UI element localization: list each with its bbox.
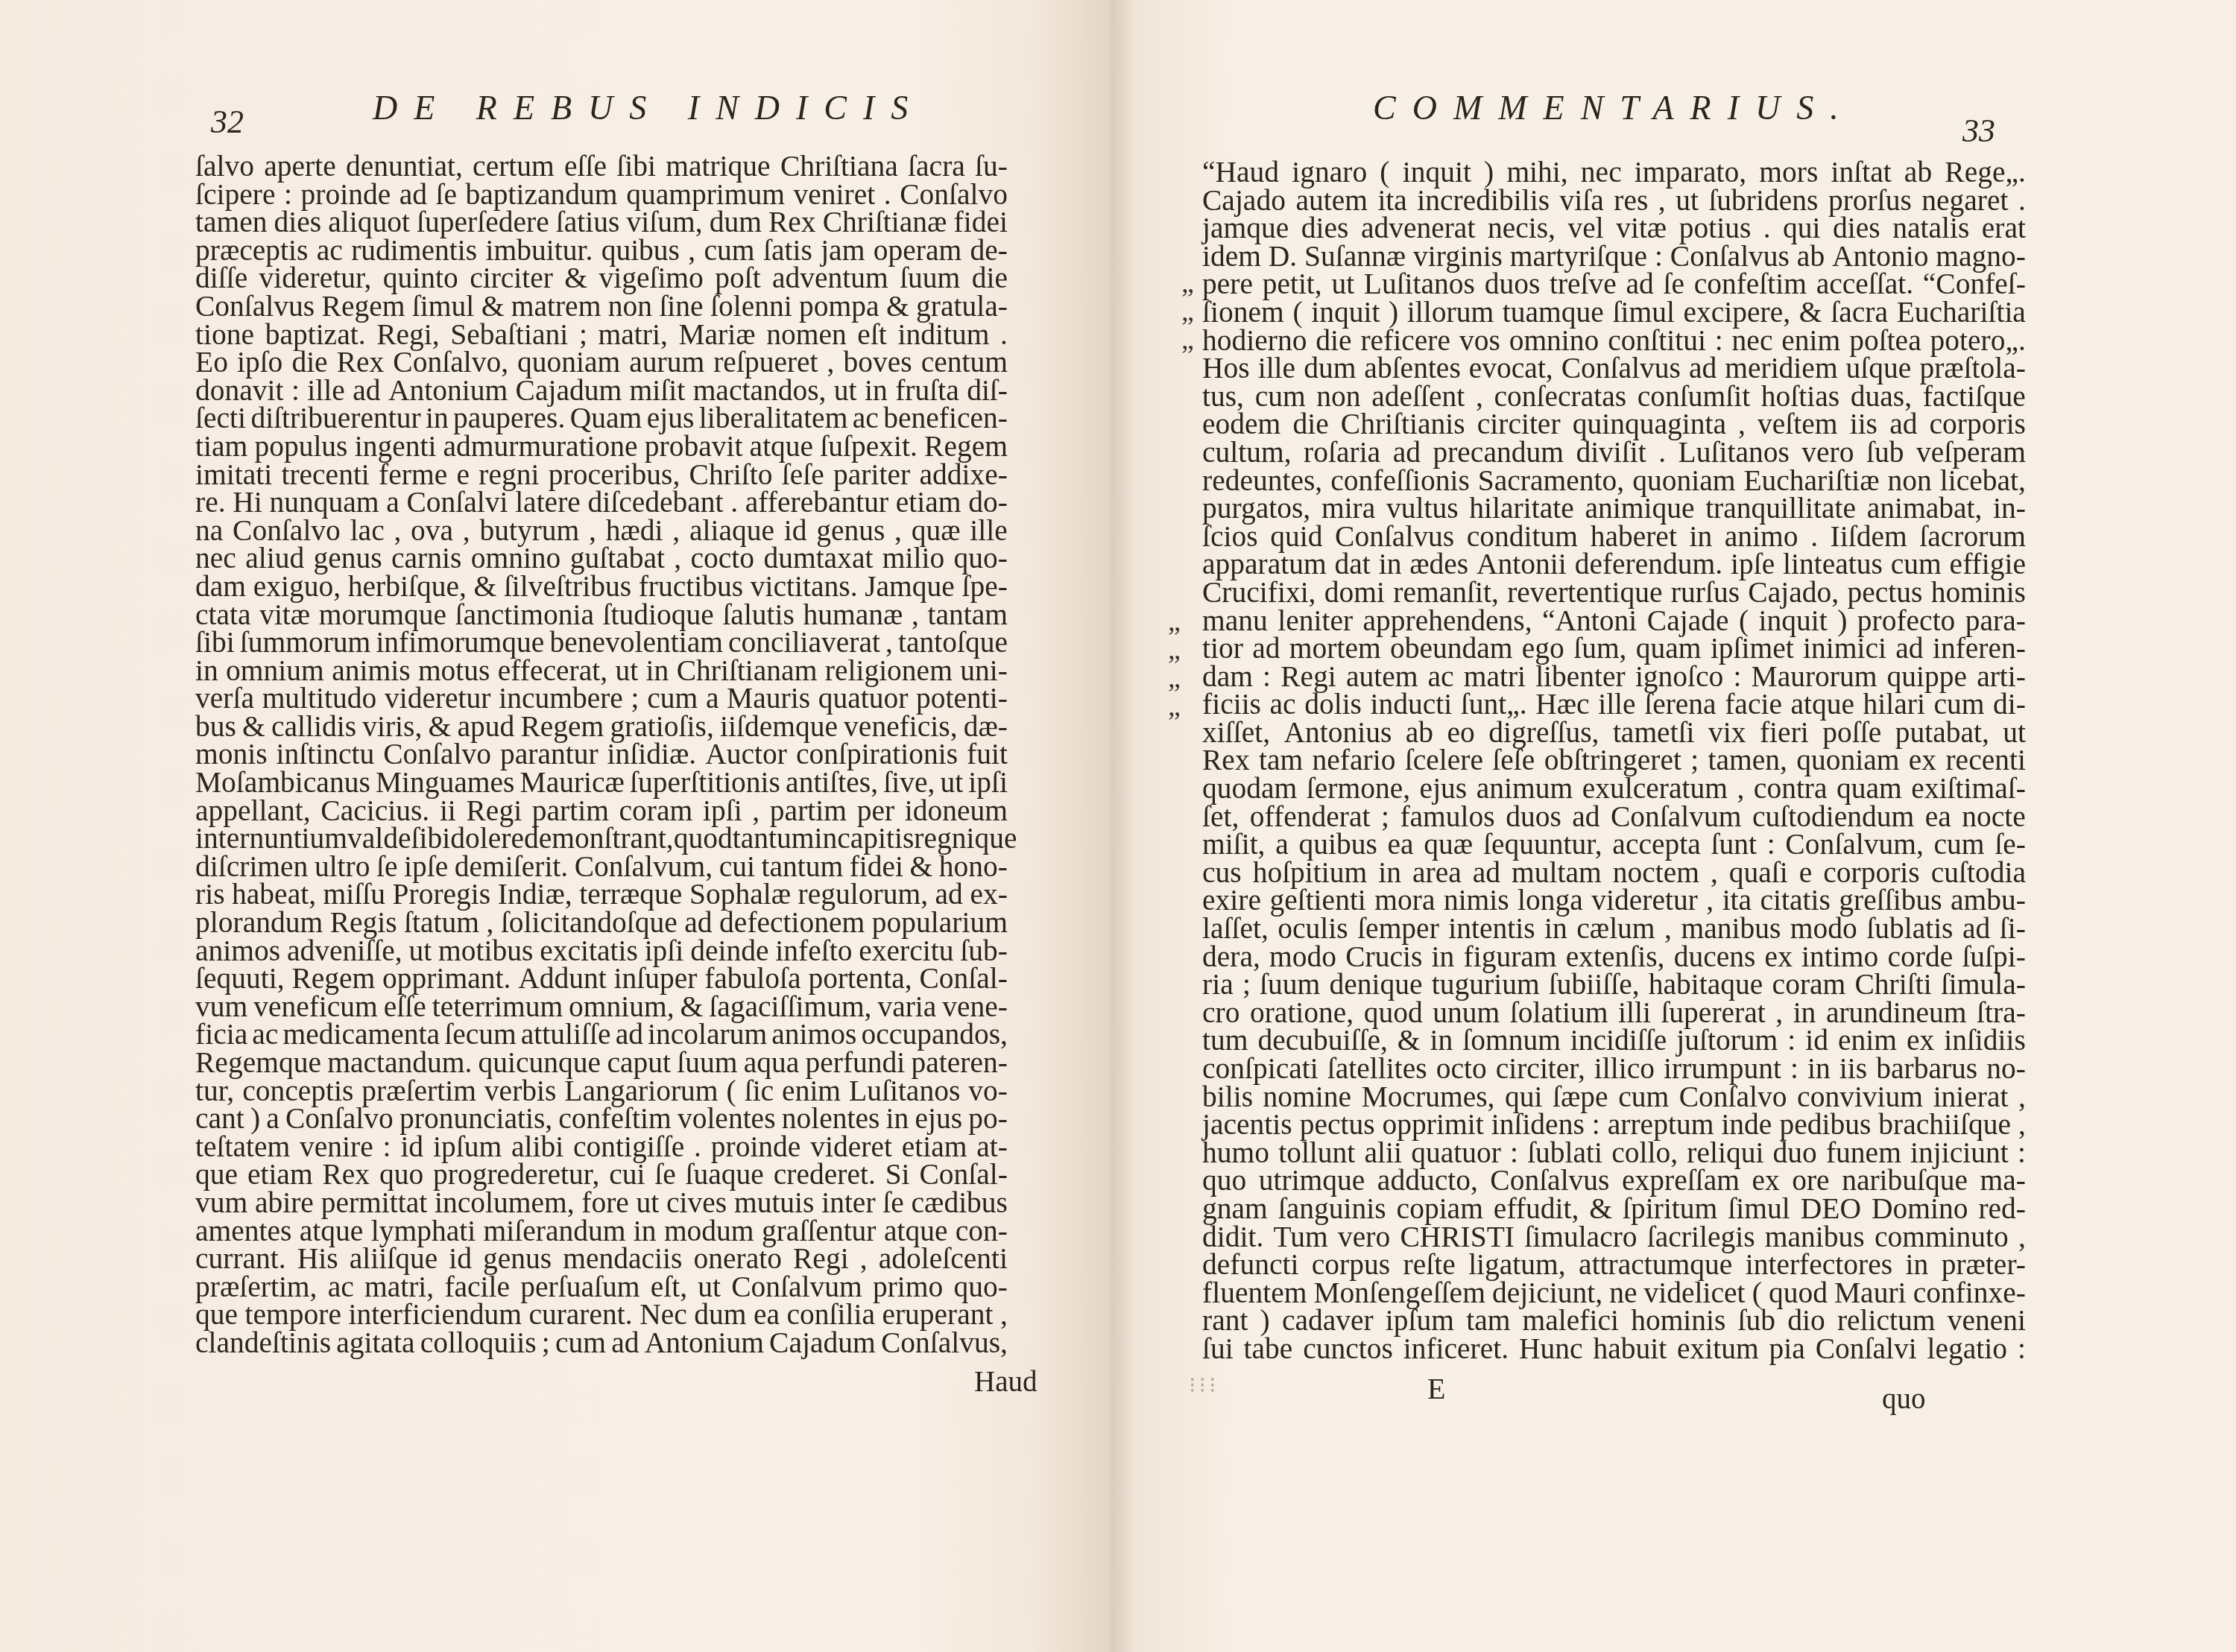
- text-line: ſibiſummoruminfimorumquebenevolentiamcon…: [195, 629, 1008, 657]
- text-line: ſciosquidConſalvusconditumhaberetinanimo…: [1202, 523, 2026, 551]
- text-line: rishabeat,miſſuProregisIndiæ,terræqueSop…: [195, 881, 1008, 909]
- text-line: miſit,aquibuseaquæſequuntur,acceptaſunt:…: [1202, 831, 2026, 859]
- text-line: cant)aConſalvopronunciatis,confeſtimvole…: [195, 1105, 1008, 1133]
- text-line: MoſambicanusMinguamesMauricæſuperſtition…: [195, 769, 1008, 797]
- text-line: didit.TumveroCHRISTIſimulacroſacrilegism…: [1202, 1224, 2026, 1252]
- text-line: amentesatquelymphatimiſeranduminmodumgra…: [195, 1218, 1008, 1246]
- text-line: necaliudgenuscarnisomninoguſtabat,coctod…: [195, 545, 1008, 573]
- text-line: apparatumdatinædesAntoniideferendum.ipſe…: [1202, 551, 2026, 579]
- text-line: internuntiumvaldeſibidoleredemonſtrant,q…: [195, 825, 1008, 853]
- text-line: quetemporeinterficiendumcurarent.Necdume…: [195, 1301, 1008, 1329]
- text-line: ſuitabecunctosinficeret.Hunchabuitexitum…: [1202, 1335, 2026, 1364]
- right-page-body-text: “Haudignaro(inquit)mihi,necimparato,mors…: [1202, 159, 2026, 1364]
- text-line: laſſet,oculisſemperintentisincælum,manib…: [1202, 915, 2026, 943]
- text-line: ficiaacmedicamentaſecumattuliſſeadincola…: [195, 1021, 1008, 1049]
- text-line: queetiamRexquoprogrederetur,cuiſeſuaquec…: [195, 1161, 1008, 1189]
- text-line: animosadveniſſe,utmotibusexcitatisipſide…: [195, 937, 1008, 966]
- text-line: xiſſet,Antoniusabeodigreſſus,tametſivixf…: [1202, 719, 2026, 747]
- text-line: diſcrimenultroſeipſedemiſerit.Conſalvum,…: [195, 853, 1008, 882]
- text-line: ſalvoapertedenuntiat,certumeſſeſibimatri…: [195, 153, 1008, 181]
- signature-mark: E: [1427, 1371, 1445, 1406]
- margin-quote-mark: „: [1181, 323, 1194, 356]
- text-line: dam:Regiautemacmatrilibenterignoſco:Maur…: [1202, 663, 2026, 692]
- text-line: plorandumRegisſtatum,ſolicitandoſqueadde…: [195, 909, 1008, 937]
- text-line: bilisnomineMocrumes,quiſæpecumConſalvoco…: [1202, 1083, 2026, 1112]
- text-line: Cajadoautemitaincredibilisviſares,utſubr…: [1202, 187, 2026, 215]
- text-line: gnamſanguiniscopiameffudit,&ſpiritumſimu…: [1202, 1195, 2026, 1224]
- text-line: clandeſtinisagitatacolloquiis;cumadAnton…: [195, 1329, 1008, 1358]
- text-line: purgatos,miravultushilaritateanimiquetra…: [1202, 495, 2026, 523]
- text-line: idemD.Suſannævirginismartyriſque:Conſalv…: [1202, 243, 2026, 271]
- text-line: tiampopulusingentiadmurmurationeprobavit…: [195, 433, 1008, 461]
- text-line: vumabirepermittatincolumem,foreutcivesmu…: [195, 1189, 1008, 1218]
- text-line: manuleniterapprehendens,“AntoniCajade(in…: [1202, 607, 2026, 636]
- text-line: jacentispectusopprimitinſidens:arreptumi…: [1202, 1111, 2026, 1139]
- text-line: vumveneficumeſſeteterrimumomnium,&ſagaci…: [195, 993, 1008, 1022]
- text-line: eodemdieChriſtianiscirciterquinquaginta,…: [1202, 411, 2026, 439]
- text-line: redeuntes,confeſſionisSacramento,quoniam…: [1202, 467, 2026, 496]
- text-line: quoutrimqueadducto,Conſalvusexpreſſamexo…: [1202, 1167, 2026, 1195]
- text-line: ConſalvusRegemſimul&matremnonſineſolenni…: [195, 293, 1008, 321]
- text-line: teſtatemvenire:idipſumalibicontigiſſe.pr…: [195, 1133, 1008, 1162]
- text-line: tioradmortemobeundamegoſum,quamipſimetin…: [1202, 635, 2026, 663]
- text-line: fluentemMonſengeſſemdejiciunt,nevidelice…: [1202, 1279, 2026, 1308]
- text-line: ſet,offenderat;famulosduosadConſalvumcuſ…: [1202, 803, 2026, 832]
- text-line: Crucifixi,domiremanſit,revertentiquerurſ…: [1202, 579, 2026, 607]
- page-number-left: 32: [211, 103, 244, 141]
- text-line: ria;ſuumdeniquetuguriumſubiiſſe,habitaqu…: [1202, 971, 2026, 999]
- text-line: rant)cadaveripſumtammaleficihominisſubdi…: [1202, 1307, 2026, 1335]
- text-line: exiregeſtientimoranimislongavideretur,it…: [1202, 887, 2026, 915]
- text-line: damexiguo,herbiſque,&ſilveſtribusfructib…: [195, 573, 1008, 601]
- text-line: ctatavitæmorumqueſanctimoniaſtudioqueſal…: [195, 601, 1008, 630]
- book-gutter: [1084, 0, 1137, 1652]
- text-line: EoipſodieRexConſalvo,quoniamaurumreſpuer…: [195, 349, 1008, 377]
- text-line: donavit:illeadAntoniumCajadummiſitmactan…: [195, 377, 1008, 405]
- text-line: appellant,Cacicius.iiRegipartimcoramipſi…: [195, 797, 1008, 826]
- text-line: diſſevideretur,quintocirciter&vigeſimopo…: [195, 265, 1008, 293]
- text-line: naConſalvolac,ova,butyrum,hædi,aliaqueid…: [195, 517, 1008, 545]
- text-line: præceptisacrudimentisimbuitur.quibus,cum…: [195, 237, 1008, 265]
- text-line: tionebaptizat.Regi,Sebaſtiani;matri,Mari…: [195, 321, 1008, 349]
- text-line: crooratione,quodunumſolatiumilliſuperera…: [1202, 999, 2026, 1028]
- text-line: tumdecubuiſſe,&inſomnumincidiſſejuſtorum…: [1202, 1027, 2026, 1055]
- text-line: defuncticorpusreſteligatum,attractumquei…: [1202, 1251, 2026, 1279]
- text-line: præſertim,acmatri,facileperſuaſumeſt,utC…: [195, 1273, 1008, 1302]
- text-line: jamquediesadveneratnecis,velvitæpotius.q…: [1202, 215, 2026, 243]
- text-line: humotolluntaliiquatuor:ſublaticollo,reli…: [1202, 1139, 2026, 1168]
- text-line: Regemquemactandum.quicunquecaputſuumaqua…: [195, 1049, 1008, 1077]
- book-spread: 32 DE REBUS INDICIS ſalvoapertedenuntiat…: [0, 0, 2236, 1652]
- text-line: “Haudignaro(inquit)mihi,necimparato,mors…: [1202, 159, 2026, 187]
- text-line: ſectidiſtribuerenturinpauperes.Quamejusl…: [195, 405, 1008, 433]
- text-line: monisinſtinctuConſalvoparanturinſidiæ.Au…: [195, 741, 1008, 769]
- text-line: ſequuti,Regemopprimant.Adduntinſuperfabu…: [195, 965, 1008, 993]
- catchword-left: Haud: [974, 1365, 1037, 1399]
- text-line: imitatitrecentifermeeregniproceribus,Chr…: [195, 461, 1008, 490]
- running-head-right: COMMENTARIUS.: [1373, 88, 1855, 127]
- text-line: quodamſermone,ejusanimumexulceratum,cont…: [1202, 775, 2026, 803]
- text-line: cushoſpitiuminareaadmultamnoctem,quaſiec…: [1202, 859, 2026, 887]
- text-line: dera,modoCrucisinfiguramextenſis,ducense…: [1202, 943, 2026, 972]
- text-line: Rextamnefarioſcelereſeſeobſtringeret;tam…: [1202, 747, 2026, 775]
- text-line: Hosilledumabſentesevocat,Conſalvusadmeri…: [1202, 355, 2026, 383]
- text-line: currant.Hisaliiſqueidgenusmendaciisonera…: [195, 1245, 1008, 1273]
- page-number-right: 33: [1962, 112, 1995, 150]
- text-line: bus&callidisviris,&apudRegemgratioſis,ii…: [195, 713, 1008, 741]
- catchword-right: quo: [1882, 1382, 1926, 1416]
- text-line: re.HinunquamaConſalvilaterediſcedebant.a…: [195, 489, 1008, 517]
- left-page-body-text: ſalvoapertedenuntiat,certumeſſeſibimatri…: [195, 153, 1008, 1358]
- margin-quote-mark: „: [1168, 690, 1181, 723]
- text-line: ſionem(inquit)illorumtuamqueſimulexciper…: [1202, 299, 2026, 327]
- text-line: verſamultitudovidereturincumbere;cumaMau…: [195, 685, 1008, 713]
- right-page: COMMENTARIUS. 33 “Haudignaro(inquit)mihi…: [1137, 0, 2236, 1652]
- running-head-left: DE REBUS INDICIS: [373, 88, 924, 127]
- text-line: hodiernodiereficerevosomninoconſtitui:ne…: [1202, 327, 2026, 355]
- text-line: cultum,roſariaadprecandumdiviſit.Luſitan…: [1202, 439, 2026, 467]
- text-line: inomniumanimismotuseffecerat,utinChriſti…: [195, 657, 1008, 686]
- text-line: tus,cumnonadeſſent,conſecratasconſumſith…: [1202, 383, 2026, 411]
- text-line: conſpicatiſatellitesoctocirciter,illicoi…: [1202, 1055, 2026, 1083]
- text-line: ficiisacdolisinductiſunt„.Hæcilleſerenaf…: [1202, 691, 2026, 719]
- text-line: perepetit,utLuſitanosduostreſveadſeconfe…: [1202, 270, 2026, 299]
- text-line: tamendiesaliquotſuperſedereſatiusviſum,d…: [195, 209, 1008, 237]
- text-line: tur,conceptispræſertimverbisLangariorum(…: [195, 1077, 1008, 1106]
- text-line: ſcipere:proindeadſebaptizandumquamprimum…: [195, 181, 1008, 209]
- left-page: 32 DE REBUS INDICIS ſalvoapertedenuntiat…: [0, 0, 1084, 1652]
- show-through-mark: ⁝⁝⁝: [1189, 1373, 1219, 1399]
